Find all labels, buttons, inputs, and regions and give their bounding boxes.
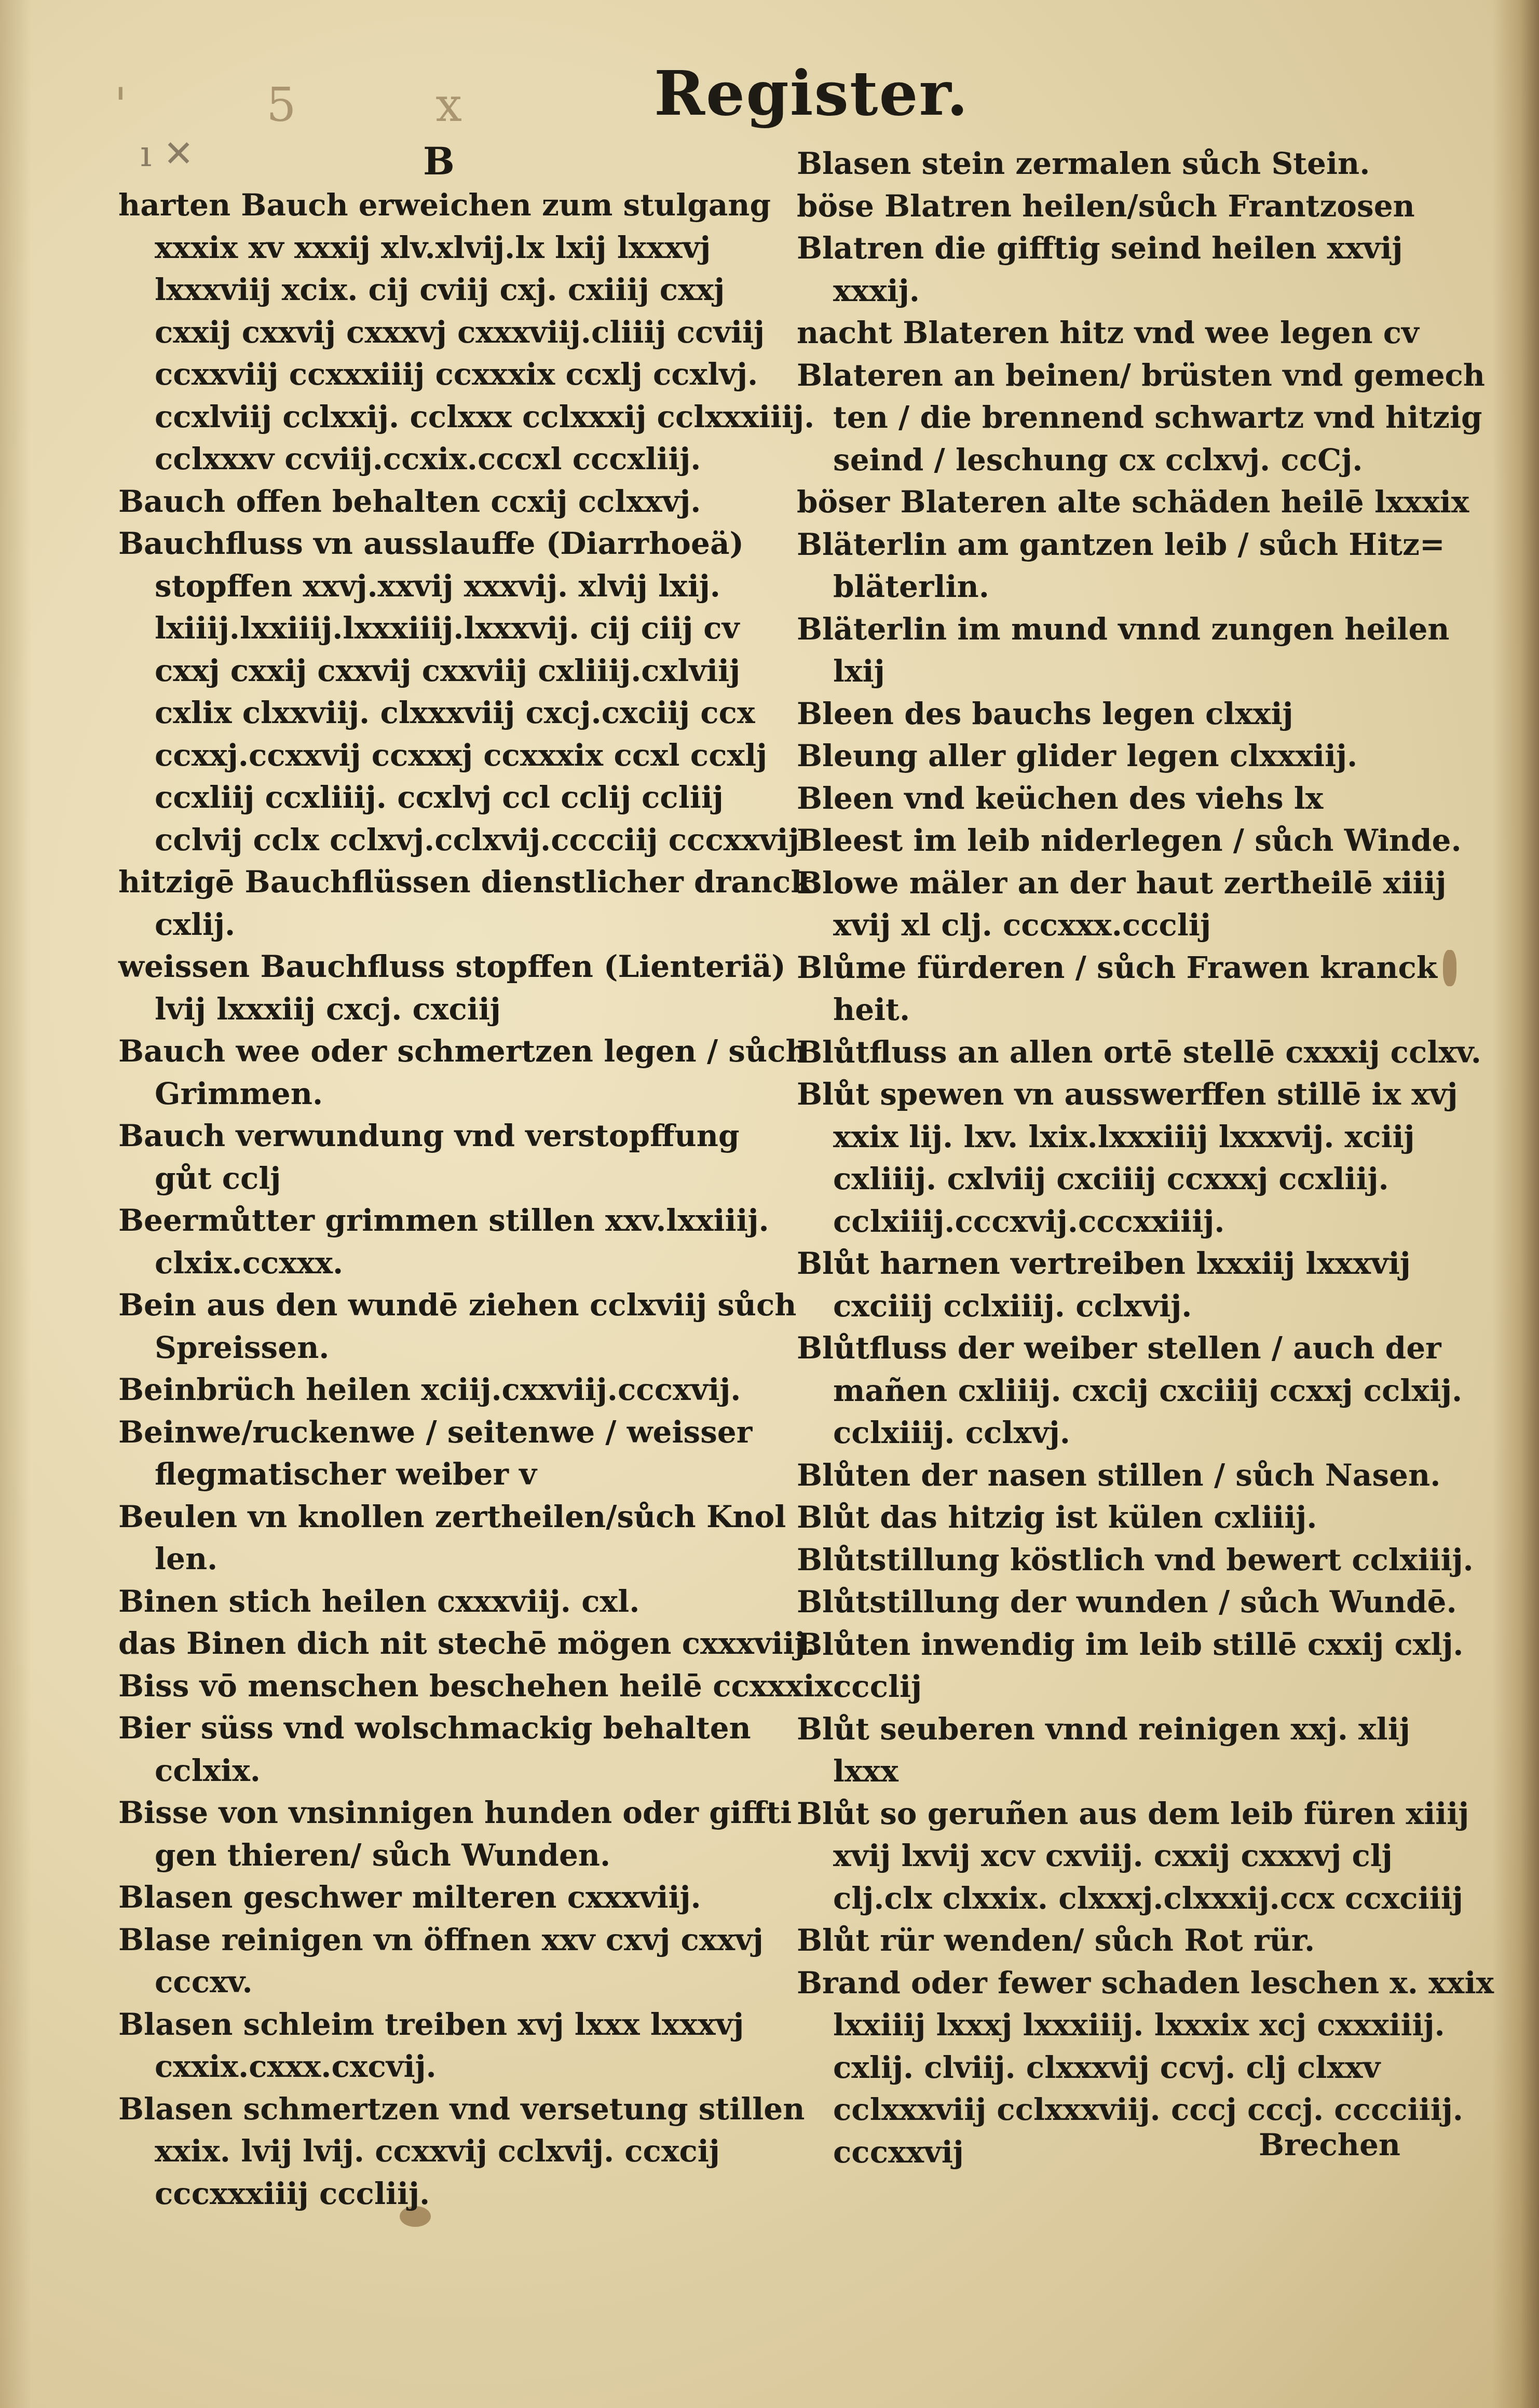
entry-heading: Blůten inwendig im leib stillē cxxij cxl… bbox=[797, 1624, 1472, 1666]
entry-page-references: cxliiij. cxlviij cxciiij ccxxxj ccxliij. bbox=[797, 1158, 1472, 1201]
entry-page-references: stopffen xxvj.xxvij xxxvij. xlvij lxij. bbox=[118, 565, 788, 608]
entry-page-references: xxix. lvij lvij. ccxxvij cclxvij. ccxcij bbox=[118, 2130, 788, 2173]
entry-page-references: ccxliij ccxliiij. ccxlvj ccl cclij cclii… bbox=[118, 777, 788, 819]
entry-heading: Blůt rür wenden/ sůch Rot rür. bbox=[797, 1920, 1472, 1962]
index-entry: Blůtfluss der weiber stellen / auch derm… bbox=[797, 1327, 1472, 1454]
faded-header-marks: ' 5 x bbox=[114, 78, 524, 132]
entry-heading: Bläterlin am gantzen leib / sůch Hitz= bbox=[797, 524, 1472, 566]
entry-page-references: Grimmen. bbox=[118, 1073, 788, 1115]
entry-heading: Blasen schmertzen vnd versetung stillen bbox=[118, 2088, 788, 2131]
faded-margin-marks: ı ✕ bbox=[140, 132, 194, 175]
entry-page-references: xxxix xv xxxij xlv.xlvij.lx lxij lxxxvj bbox=[118, 227, 788, 269]
entry-page-references: cclxiiij. cclxvj. bbox=[797, 1412, 1472, 1454]
entry-page-references: lxij bbox=[797, 650, 1472, 693]
entry-page-references: gen thieren/ sůch Wunden. bbox=[118, 1834, 788, 1877]
index-entry: Bleest im leib niderlegen / sůch Winde. bbox=[797, 820, 1472, 862]
index-entry: Bauch offen behalten ccxij cclxxvj. bbox=[118, 481, 788, 523]
entry-page-references: clxix.ccxxx. bbox=[118, 1242, 788, 1285]
entry-heading: Bauch wee oder schmertzen legen / sůch bbox=[118, 1030, 788, 1073]
index-entry: Blatren die gifftig seind heilen xxvijxx… bbox=[797, 227, 1472, 312]
index-entry: Blasen geschwer milteren cxxxviij. bbox=[118, 1876, 788, 1919]
index-entry: Beermůtter grimmen stillen xxv.lxxiiij.c… bbox=[118, 1200, 788, 1284]
entry-heading: Blůt so geruñen aus dem leib füren xiiij bbox=[797, 1793, 1472, 1835]
entry-page-references: gůt cclj bbox=[118, 1158, 788, 1200]
entry-heading: nacht Blateren hitz vnd wee legen cv bbox=[797, 312, 1472, 355]
entry-heading: Bein aus den wundē ziehen cclxviij sůch bbox=[118, 1284, 788, 1327]
index-column-left: harten Bauch erweichen zum stulgangxxxix… bbox=[118, 184, 788, 2215]
entry-heading: Blůt das hitzig ist külen cxliiij. bbox=[797, 1497, 1472, 1539]
index-column-right: Blasen stein zermalen sůch Stein.böse Bl… bbox=[797, 143, 1472, 2173]
entry-heading: Blasen schleim treiben xvj lxxx lxxxvj bbox=[118, 2004, 788, 2046]
section-letter: B bbox=[423, 139, 455, 183]
entry-heading: Biss vō menschen beschehen heilē ccxxxix bbox=[118, 1665, 788, 1708]
entry-heading: Beinwe/ruckenwe / seitenwe / weisser bbox=[118, 1411, 788, 1454]
index-entry: Blůt seuberen vnnd reinigen xxj. xlijlxx… bbox=[797, 1708, 1472, 1793]
entry-heading: Blůtstillung der wunden / sůch Wundē. bbox=[797, 1581, 1472, 1624]
page-edge-shadow-right bbox=[1492, 0, 1539, 2408]
entry-page-references: ccxxviij ccxxxiiij ccxxxix ccxlj ccxlvj. bbox=[118, 353, 788, 396]
index-entry: Binen stich heilen cxxxviij. cxl. bbox=[118, 1581, 788, 1623]
entry-heading: böse Blatren heilen/sůch Frantzosen bbox=[797, 185, 1472, 228]
entry-page-references: cxlij. clviij. clxxxvij ccvj. clj clxxv bbox=[797, 2047, 1472, 2089]
entry-heading: Binen stich heilen cxxxviij. cxl. bbox=[118, 1581, 788, 1623]
index-entry: Blůt spewen vn ausswerffen stillē ix xvj… bbox=[797, 1073, 1472, 1243]
index-entry: Bauchfluss vn ausslauffe (Diarrhoeä)stop… bbox=[118, 523, 788, 861]
entry-page-references: cxlix clxxviij. clxxxviij cxcj.cxciij cc… bbox=[118, 692, 788, 734]
index-entry: Blůme fürderen / sůch Frawen kranckheit. bbox=[797, 947, 1472, 1031]
entry-heading: Blateren an beinen/ brüsten vnd gemech bbox=[797, 355, 1472, 397]
page-title: Register. bbox=[654, 57, 969, 129]
entry-page-references: flegmatischer weiber v bbox=[118, 1453, 788, 1496]
entry-heading: Blůtfluss an allen ortē stellē cxxxij cc… bbox=[797, 1031, 1472, 1074]
entry-heading: Blůt harnen vertreiben lxxxiij lxxxvij bbox=[797, 1243, 1472, 1285]
entry-page-references: ccxxj.ccxxvij ccxxxj ccxxxix ccxl ccxlj bbox=[118, 734, 788, 777]
entry-heading: Bier süss vnd wolschmackig behalten bbox=[118, 1707, 788, 1750]
index-entry: böse Blatren heilen/sůch Frantzosen bbox=[797, 185, 1472, 228]
entry-heading: böser Blateren alte schäden heilē lxxxix bbox=[797, 481, 1472, 524]
index-entry: Bisse von vnsinnigen hunden oder gifftig… bbox=[118, 1792, 788, 1876]
entry-heading: Bisse von vnsinnigen hunden oder giffti bbox=[118, 1792, 788, 1834]
entry-page-references: cxxj cxxij cxxvij cxxviij cxliiij.cxlvii… bbox=[118, 650, 788, 692]
entry-heading: Bleest im leib niderlegen / sůch Winde. bbox=[797, 820, 1472, 862]
index-entry: Blůten der nasen stillen / sůch Nasen. bbox=[797, 1454, 1472, 1497]
entry-heading: weissen Bauchfluss stopffen (Lienteriä) bbox=[118, 946, 788, 988]
index-entry: Bläterlin am gantzen leib / sůch Hitz=bl… bbox=[797, 524, 1472, 608]
entry-heading: Blasen geschwer milteren cxxxviij. bbox=[118, 1876, 788, 1919]
entry-page-references: cclxxxviij cclxxxviij. cccj cccj. ccccii… bbox=[797, 2089, 1472, 2131]
page-edge-shadow-left bbox=[0, 0, 31, 2408]
index-entry: Bläterlin im mund vnnd zungen heilenlxij bbox=[797, 608, 1472, 693]
entry-page-references: heit. bbox=[797, 989, 1472, 1031]
index-entry: Bleung aller glider legen clxxxiij. bbox=[797, 735, 1472, 778]
entry-page-references: lxxxviij xcix. cij cviij cxj. cxiiij cxx… bbox=[118, 269, 788, 311]
entry-page-references: len. bbox=[118, 1538, 788, 1581]
entry-heading: Blatren die gifftig seind heilen xxvij bbox=[797, 227, 1472, 270]
index-entry: hitzigē Bauchflüssen dienstlicher dranck… bbox=[118, 861, 788, 946]
entry-page-references: xxix lij. lxv. lxix.lxxxiiij lxxxvij. xc… bbox=[797, 1116, 1472, 1159]
entry-heading: Bleen des bauchs legen clxxij bbox=[797, 693, 1472, 736]
index-entry: Bauch wee oder schmertzen legen / sůchGr… bbox=[118, 1030, 788, 1115]
index-entry: nacht Blateren hitz vnd wee legen cv bbox=[797, 312, 1472, 355]
index-entry: Blůtfluss an allen ortē stellē cxxxij cc… bbox=[797, 1031, 1472, 1074]
index-entry: Blase reinigen vn öffnen xxv cxvj cxxvjc… bbox=[118, 1919, 788, 2004]
entry-page-references: cxlij. bbox=[118, 904, 788, 946]
entry-heading: Blůt spewen vn ausswerffen stillē ix xvj bbox=[797, 1073, 1472, 1116]
entry-page-references: seind / leschung cx cclxvj. ccCj. bbox=[797, 439, 1472, 482]
index-entry: Beinbrüch heilen xciij.cxxviij.cccxvij. bbox=[118, 1369, 788, 1411]
entry-page-references: cccxxxiiij cccliij. bbox=[118, 2173, 788, 2215]
entry-page-references: lxiiij.lxxiiij.lxxxiiij.lxxxvij. cij cii… bbox=[118, 607, 788, 650]
entry-page-references: lxxx bbox=[797, 1750, 1472, 1793]
entry-heading: Blase reinigen vn öffnen xxv cxvj cxxvj bbox=[118, 1919, 788, 1962]
entry-heading: Bauch offen behalten ccxij cclxxvj. bbox=[118, 481, 788, 523]
index-entry: das Binen dich nit stechē mögen cxxxviij… bbox=[118, 1623, 788, 1665]
index-entry: weissen Bauchfluss stopffen (Lienteriä)l… bbox=[118, 946, 788, 1030]
entry-heading: Bauch verwundung vnd verstopffung bbox=[118, 1115, 788, 1158]
index-entry: Blůt rür wenden/ sůch Rot rür. bbox=[797, 1920, 1472, 1962]
entry-heading: Blůt seuberen vnnd reinigen xxj. xlij bbox=[797, 1708, 1472, 1751]
entry-page-references: cxxij cxxvij cxxxvj cxxxviij.cliiij ccvi… bbox=[118, 311, 788, 354]
entry-page-references: cclxiiij.cccxvij.cccxxiiij. bbox=[797, 1201, 1472, 1243]
entry-page-references: xvij xl clj. cccxxx.ccclij bbox=[797, 904, 1472, 947]
entry-page-references: ccxlviij cclxxij. cclxxx cclxxxij cclxxx… bbox=[118, 396, 788, 439]
entry-page-references: mañen cxliiij. cxcij cxciiij ccxxj cclxi… bbox=[797, 1370, 1472, 1412]
entry-heading: Blůtfluss der weiber stellen / auch der bbox=[797, 1327, 1472, 1370]
index-entry: Blůtstillung der wunden / sůch Wundē. bbox=[797, 1581, 1472, 1624]
index-entry: Bleen vnd keüchen des viehs lx bbox=[797, 778, 1472, 820]
entry-page-references: xxxij. bbox=[797, 270, 1472, 312]
entry-heading: Bauchfluss vn ausslauffe (Diarrhoeä) bbox=[118, 523, 788, 565]
index-entry: Blowe mäler an der haut zertheilē xiiijx… bbox=[797, 862, 1472, 947]
entry-page-references: ccclij bbox=[797, 1666, 1472, 1708]
entry-page-references: lvij lxxxiij cxcj. cxciij bbox=[118, 988, 788, 1031]
entry-page-references: Spreissen. bbox=[118, 1327, 788, 1369]
index-entry: Blůt so geruñen aus dem leib füren xiiij… bbox=[797, 1793, 1472, 1920]
index-entry: Blůtstillung köstlich vnd bewert cclxiii… bbox=[797, 1539, 1472, 1582]
index-entry: böser Blateren alte schäden heilē lxxxix bbox=[797, 481, 1472, 524]
entry-page-references: ten / die brennend schwartz vnd hitzig bbox=[797, 397, 1472, 439]
index-entry: Blůt das hitzig ist külen cxliiij. bbox=[797, 1497, 1472, 1539]
index-entry: Bleen des bauchs legen clxxij bbox=[797, 693, 1472, 736]
catchword: Brechen bbox=[1259, 2127, 1400, 2162]
entry-heading: Bleen vnd keüchen des viehs lx bbox=[797, 778, 1472, 820]
entry-page-references: cclxix. bbox=[118, 1750, 788, 1792]
entry-heading: Beermůtter grimmen stillen xxv.lxxiiij. bbox=[118, 1200, 788, 1242]
index-entry: harten Bauch erweichen zum stulgangxxxix… bbox=[118, 184, 788, 481]
entry-heading: das Binen dich nit stechē mögen cxxxviij… bbox=[118, 1623, 788, 1665]
entry-page-references: lxxiiij lxxxj lxxxiiij. lxxxix xcj cxxxi… bbox=[797, 2004, 1472, 2047]
index-entry: Blateren an beinen/ brüsten vnd gemechte… bbox=[797, 355, 1472, 482]
index-entry: Blůten inwendig im leib stillē cxxij cxl… bbox=[797, 1624, 1472, 1708]
entry-heading: Brand oder fewer schaden leschen x. xxix bbox=[797, 1962, 1472, 2005]
entry-page-references: cclvij cclx cclxvj.cclxvij.cccciij cccxx… bbox=[118, 819, 788, 862]
index-entry: Bauch verwundung vnd verstopffunggůt ccl… bbox=[118, 1115, 788, 1200]
entry-heading: Bläterlin im mund vnnd zungen heilen bbox=[797, 608, 1472, 651]
entry-heading: Blůtstillung köstlich vnd bewert cclxiii… bbox=[797, 1539, 1472, 1582]
entry-heading: Beinbrüch heilen xciij.cxxviij.cccxvij. bbox=[118, 1369, 788, 1411]
index-entry: Blasen schleim treiben xvj lxxx lxxxvjcx… bbox=[118, 2004, 788, 2088]
index-entry: Bein aus den wundē ziehen cclxviij sůchS… bbox=[118, 1284, 788, 1369]
entry-heading: Beulen vn knollen zertheilen/sůch Knol bbox=[118, 1496, 788, 1539]
index-entry: Blasen stein zermalen sůch Stein. bbox=[797, 143, 1472, 185]
entry-page-references: clj.clx clxxix. clxxxj.clxxxij.ccx ccxci… bbox=[797, 1878, 1472, 1920]
index-entry: Bier süss vnd wolschmackig behaltencclxi… bbox=[118, 1707, 788, 1792]
entry-heading: Blůme fürderen / sůch Frawen kranck bbox=[797, 947, 1472, 989]
index-entry: Biss vō menschen beschehen heilē ccxxxix bbox=[118, 1665, 788, 1708]
index-entry: Beinwe/ruckenwe / seitenwe / weisserfleg… bbox=[118, 1411, 788, 1496]
entry-heading: harten Bauch erweichen zum stulgang bbox=[118, 184, 788, 227]
index-entry: Blůt harnen vertreiben lxxxiij lxxxvijcx… bbox=[797, 1243, 1472, 1327]
entry-page-references: bläterlin. bbox=[797, 566, 1472, 608]
entry-page-references: cxxix.cxxx.cxcvij. bbox=[118, 2046, 788, 2088]
entry-heading: hitzigē Bauchflüssen dienstlicher dranck bbox=[118, 861, 788, 904]
entry-page-references: cxciiij cclxiiij. cclxvij. bbox=[797, 1285, 1472, 1328]
index-entry: Beulen vn knollen zertheilen/sůch Knolle… bbox=[118, 1496, 788, 1581]
entry-heading: Bleung aller glider legen clxxxiij. bbox=[797, 735, 1472, 778]
document-page: ' 5 x ı ✕ Register. B harten Bauch erwei… bbox=[0, 0, 1539, 2408]
entry-page-references: xvij lxvij xcv cxviij. cxxij cxxxvj clj bbox=[797, 1835, 1472, 1878]
entry-page-references: cccxv. bbox=[118, 1961, 788, 2004]
entry-page-references: cclxxxv ccviij.ccxix.cccxl cccxliij. bbox=[118, 438, 788, 481]
entry-heading: Blůten der nasen stillen / sůch Nasen. bbox=[797, 1454, 1472, 1497]
entry-heading: Blowe mäler an der haut zertheilē xiiij bbox=[797, 862, 1472, 905]
index-entry: Blasen schmertzen vnd versetung stillenx… bbox=[118, 2088, 788, 2215]
entry-heading: Blasen stein zermalen sůch Stein. bbox=[797, 143, 1472, 185]
